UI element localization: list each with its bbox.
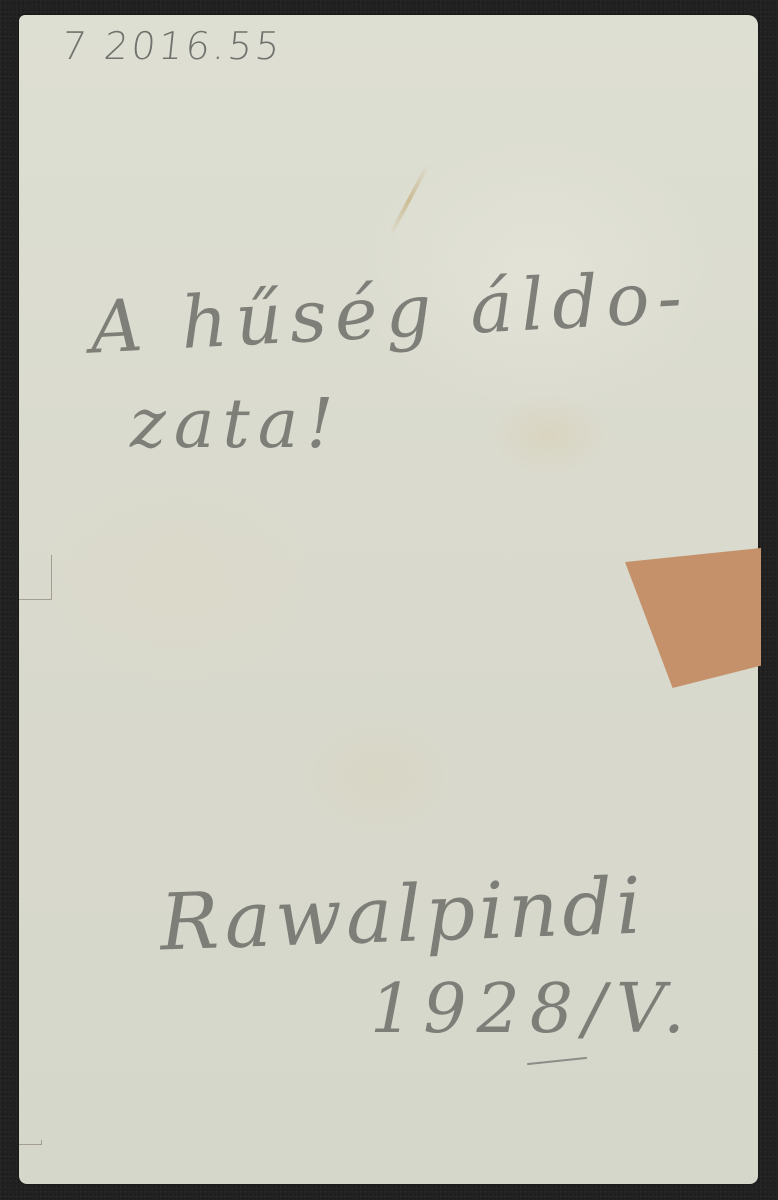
edge-tear-left [19,555,52,600]
place-name: Rawalpindi [159,862,647,969]
date-inscription: 1928/V. [370,970,695,1049]
adhered-paper-scrap [625,548,761,688]
stain-mark [388,164,429,237]
edge-tear-bottom-left [19,1140,42,1145]
inscription-line-2: zata! [130,385,342,464]
inventory-number: 7 2016.55 [60,24,285,68]
